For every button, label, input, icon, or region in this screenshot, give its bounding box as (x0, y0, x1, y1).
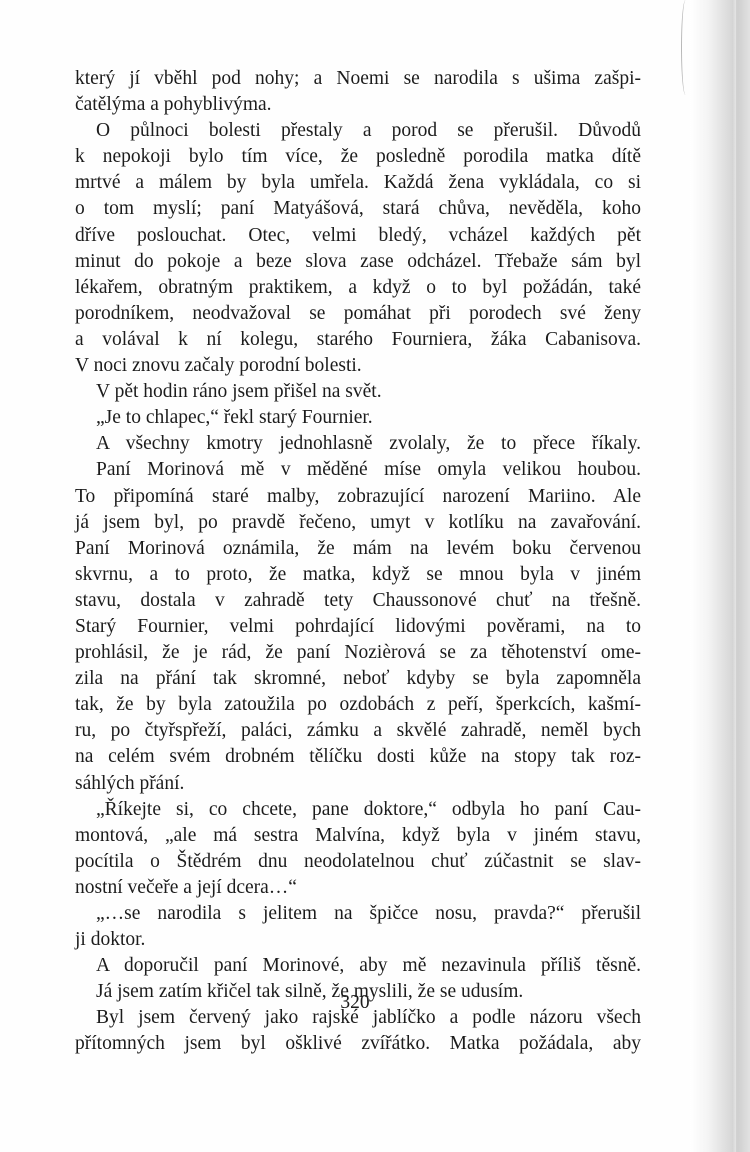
text-line: na celém svém drobném tělíčku dosti kůže… (75, 744, 641, 770)
text-line: Paní Morinová oznámila, že mám na levém … (75, 536, 641, 562)
text-line: „Říkejte si, co chcete, pane doktore,“ o… (75, 797, 641, 823)
text-line: „Je to chlapec,“ řekl starý Fournier. (75, 405, 641, 431)
text-line: přítomných jsem byl ošklivé zvířátko. Ma… (75, 1031, 641, 1057)
text-line: tak, že by byla zatoužila po ozdobách z … (75, 692, 641, 718)
text-line: V noci znovu začaly porodní bolesti. (75, 353, 641, 379)
text-line: lékařem, obratným praktikem, a když o to… (75, 275, 641, 301)
text-line: o tom myslí; paní Matyášová, stará chůva… (75, 196, 641, 222)
binding-edge (732, 0, 736, 1152)
text-line: To připomíná staré malby, zobrazující na… (75, 484, 641, 510)
text-line: nostní večeře a její dcera…“ (75, 875, 641, 901)
body-text: který jí vběhl pod nohy; a Noemi se naro… (75, 66, 641, 1058)
text-line: ji doktor. (75, 927, 641, 953)
text-line: minut do pokoje a beze slova zase odcház… (75, 249, 641, 275)
text-line: A doporučil paní Morinové, aby mě nezavi… (75, 953, 641, 979)
text-line: sáhlých přání. (75, 771, 641, 797)
text-line: ru, po čtyřspřeží, paláci, zámku a skvěl… (75, 718, 641, 744)
text-line: stavu, dostala v zahradě tety Chaussonov… (75, 588, 641, 614)
page-gutter-shadow (690, 0, 750, 1152)
text-line: „…se narodila s jelitem na špičce nosu, … (75, 901, 641, 927)
text-line: pocítila o Štědrém dnu neodolatelnou chu… (75, 849, 641, 875)
text-line: skvrnu, a to proto, že matka, když se mn… (75, 562, 641, 588)
text-line: zila na přání tak skromné, neboť kdyby s… (75, 666, 641, 692)
book-page: který jí vběhl pod nohy; a Noemi se naro… (0, 0, 750, 1152)
text-line: prohlásil, že je rád, že paní Nozièrová … (75, 640, 641, 666)
pencil-mark (681, 0, 690, 95)
text-line: montová, „ale má sestra Malvína, když by… (75, 823, 641, 849)
text-line: O půlnoci bolesti přestaly a porod se př… (75, 118, 641, 144)
page-number: 320 (0, 992, 710, 1014)
text-line: Paní Morinová mě v měděné míse omyla vel… (75, 457, 641, 483)
text-line: dříve poslouchat. Otec, velmi bledý, vch… (75, 223, 641, 249)
text-line: k nepokoji bylo tím více, že posledně po… (75, 144, 641, 170)
text-line: Starý Fournier, velmi pohrdající lidovým… (75, 614, 641, 640)
text-line: A všechny kmotry jednohlasně zvolaly, že… (75, 431, 641, 457)
text-line: čatělýma a pohyblivýma. (75, 92, 641, 118)
text-line: který jí vběhl pod nohy; a Noemi se naro… (75, 66, 641, 92)
text-line: porodníkem, neodvažoval se pomáhat při p… (75, 301, 641, 327)
text-line: a volával k ní kolegu, starého Fourniera… (75, 327, 641, 353)
text-line: já jsem byl, po pravdě řečeno, umyt v ko… (75, 510, 641, 536)
text-line: mrtvé a málem by byla umřela. Každá žena… (75, 170, 641, 196)
text-line: V pět hodin ráno jsem přišel na svět. (75, 379, 641, 405)
